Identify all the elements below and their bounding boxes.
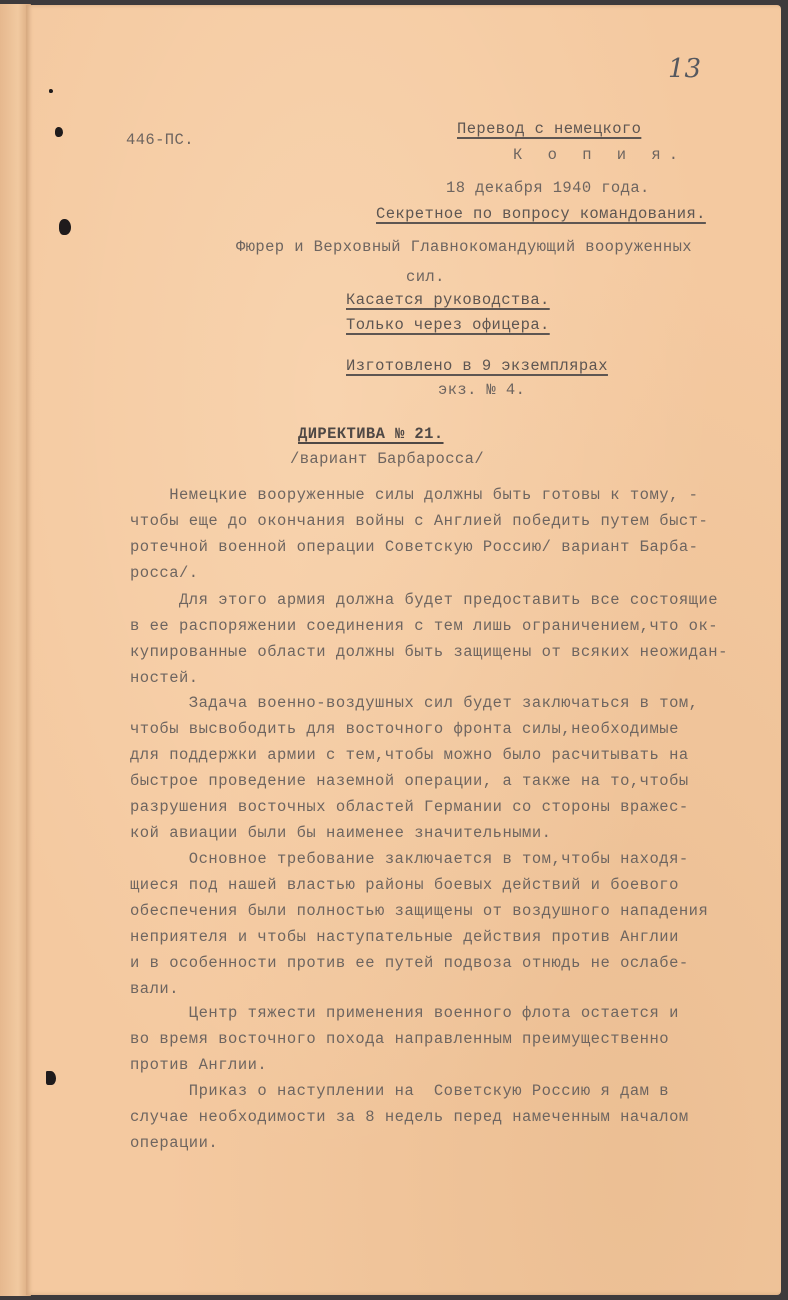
paragraph-4-line-1: Основное требование заключается в том,чт… [130, 850, 689, 868]
paragraph-4-line-3: обеспечения были полностью защищены от в… [130, 902, 708, 920]
punch-hole [59, 219, 71, 235]
paragraph-4-line-5: и в особенности против ее путей подвоза … [130, 954, 689, 972]
paragraph-1-line-4: росса/. [130, 564, 199, 582]
punch-hole [46, 1071, 56, 1085]
paragraph-5-line-1: Центр тяжести применения военного флота … [130, 1004, 679, 1022]
secrecy-classification: Секретное по вопросу командования. [376, 207, 706, 223]
directive-title: ДИРЕКТИВА № 21. [298, 427, 444, 443]
paragraph-3-line-1: Задача военно-воздушных сил будет заключ… [130, 694, 699, 712]
paragraph-2-line-3: купированные области должны быть защищен… [130, 643, 728, 661]
paragraph-4-line-4: неприятеля и чтобы наступательные действ… [130, 928, 679, 946]
issuer-line-2: сил. [406, 270, 445, 286]
paragraph-1-line-1: Немецкие вооруженные силы должны быть го… [130, 486, 699, 504]
reference-number: 446-ПС. [126, 133, 194, 149]
paragraph-4-line-2: щиеся под нашей властью районы боевых де… [130, 876, 679, 894]
paragraph-6-line-2: случае необходимости за 8 недель перед н… [130, 1108, 689, 1126]
paragraph-3-line-6: кой авиации были бы наименее значительны… [130, 824, 551, 842]
paragraph-3-line-2: чтобы высвободить для восточного фронта … [130, 720, 679, 738]
officer-only-note: Только через офицера. [346, 318, 550, 334]
copy-number: экз. № 4. [438, 383, 525, 399]
document-date: 18 декабря 1940 года. [446, 181, 650, 197]
directive-subtitle: /вариант Барбаросса/ [290, 452, 484, 468]
concerns-note: Касается руководства. [346, 293, 550, 309]
punch-hole-mark [49, 89, 53, 93]
paragraph-1-line-2: чтобы еще до окончания войны с Англией п… [130, 512, 708, 530]
translation-note: Перевод с немецкого [457, 122, 641, 138]
punch-hole [55, 127, 63, 137]
paragraph-5-line-3: против Англии. [130, 1056, 267, 1074]
paragraph-2-line-2: в ее распоряжении соединения с тем лишь … [130, 617, 718, 635]
paragraph-3-line-4: быстрое проведение наземной операции, а … [130, 772, 689, 790]
paragraph-1-line-3: ротечной военной операции Советскую Росс… [130, 538, 699, 556]
paragraph-5-line-2: во время восточного похода направленным … [130, 1030, 669, 1048]
paragraph-6-line-1: Приказ о наступлении на Советскую Россию… [130, 1082, 669, 1100]
copy-label: К о п и я. [513, 148, 686, 164]
copies-made-note: Изготовлено в 9 экземплярах [346, 359, 608, 375]
paragraph-2-line-4: ностей. [130, 669, 199, 687]
paragraph-3-line-5: разрушения восточных областей Германии с… [130, 798, 689, 816]
scanned-document: 13 446-ПС. Перевод с немецкого К о п и я… [0, 0, 788, 1300]
page-number-handwritten: 13 [668, 54, 701, 84]
paragraph-3-line-3: для поддержки армии с тем,чтобы можно бы… [130, 746, 689, 764]
issuer-line-1: Фюрер и Верховный Главнокомандующий воор… [236, 240, 692, 256]
paragraph-6-line-3: операции. [130, 1134, 218, 1152]
paragraph-4-line-6: вали. [130, 980, 179, 998]
paragraph-2-line-1: Для этого армия должна будет предоставит… [130, 591, 718, 609]
